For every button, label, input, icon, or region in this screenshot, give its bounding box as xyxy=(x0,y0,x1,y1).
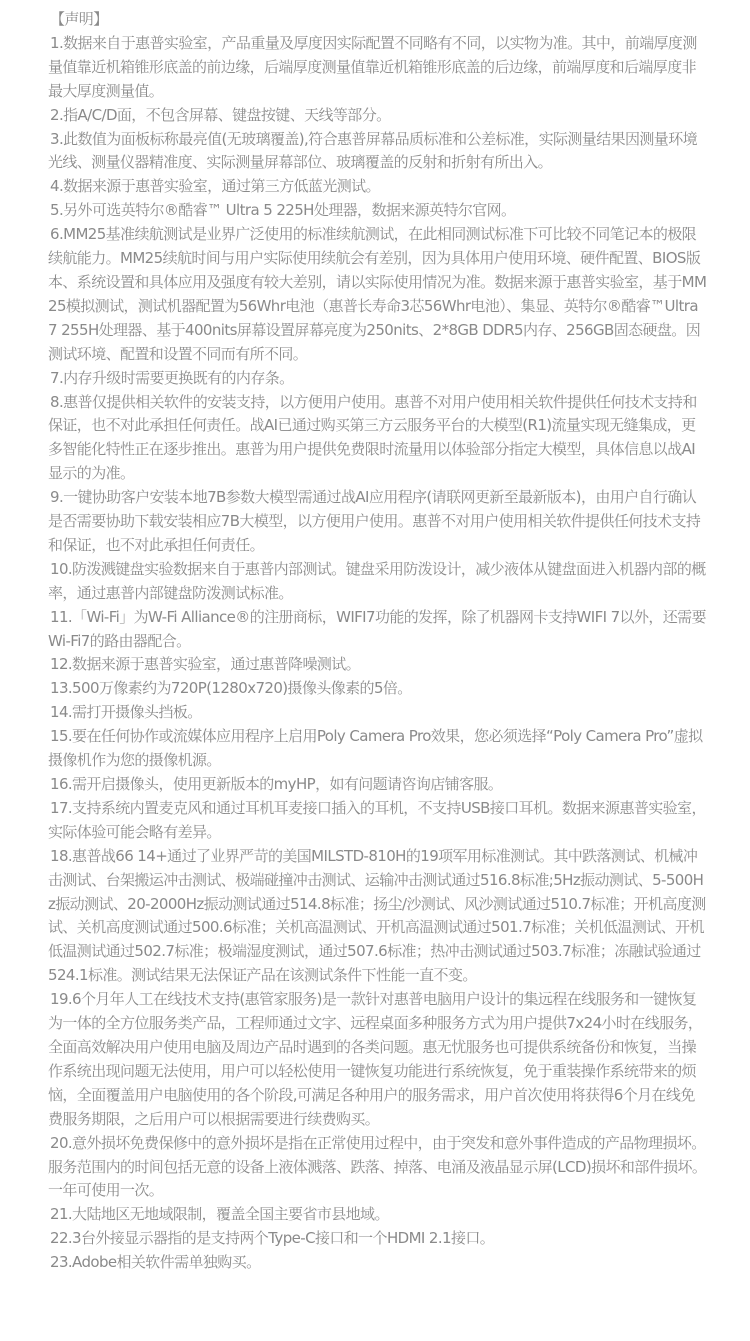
disclaimer-item-22: 22.3台外接显示器指的是支持两个Type-C接口和一个HDMI 2.1接口。 xyxy=(48,1227,708,1251)
disclaimer-heading: 【声明】 xyxy=(48,8,708,32)
disclaimer-item-15: 15.要在任何协作或流媒体应用程序上启用Poly Camera Pro效果，您必… xyxy=(48,725,708,773)
disclaimer-item-18: 18.惠普战66 14+通过了业界严苛的美国MILSTD-810H的19项军用标… xyxy=(48,845,708,988)
disclaimer-item-7: 7.内存升级时需要更换既有的内存条。 xyxy=(48,367,708,391)
disclaimer-item-1: 1.数据来自于惠普实验室，产品重量及厚度因实际配置不同略有不同，以实物为准。其中… xyxy=(48,32,708,104)
disclaimer-item-16: 16.需开启摄像头，使用更新版本的myHP，如有问题请咨询店铺客服。 xyxy=(48,773,708,797)
disclaimer-item-12: 12.数据来源于惠普实验室，通过惠普降噪测试。 xyxy=(48,653,708,677)
disclaimer-item-14: 14.需打开摄像头挡板。 xyxy=(48,701,708,725)
disclaimer-item-10: 10.防泼溅键盘实验数据来自于惠普内部测试。键盘采用防泼设计，减少液体从键盘面进… xyxy=(48,558,708,606)
disclaimer-item-21: 21.大陆地区无地域限制，覆盖全国主要省市县地域。 xyxy=(48,1203,708,1227)
disclaimer-item-2: 2.指A/C/D面，不包含屏幕、键盘按键、天线等部分。 xyxy=(48,104,708,128)
disclaimer-item-17: 17.支持系统内置麦克风和通过耳机耳麦接口插入的耳机，不支持USB接口耳机。数据… xyxy=(48,797,708,845)
disclaimer-item-8: 8.惠普仅提供相关软件的安装支持，以方便用户使用。惠普不对用户使用相关软件提供任… xyxy=(48,391,708,487)
disclaimer-item-3: 3.此数值为面板标称最亮值(无玻璃覆盖),符合惠普屏幕品质标准和公差标准，实际测… xyxy=(48,128,708,176)
disclaimer-item-5: 5.另外可选英特尔®酷睿™ Ultra 5 225H处理器，数据来源英特尔官网。 xyxy=(48,199,708,223)
disclaimer-item-4: 4.数据来源于惠普实验室，通过第三方低蓝光测试。 xyxy=(48,175,708,199)
disclaimer-item-20: 20.意外损坏免费保修中的意外损坏是指在正常使用过程中，由于突发和意外事件造成的… xyxy=(48,1132,708,1204)
disclaimer-item-19: 19.6个月年人工在线技术支持(惠管家服务)是一款针对惠普电脑用户设计的集远程在… xyxy=(48,988,708,1131)
disclaimer-item-9: 9.一键协助客户安装本地7B参数大模型需通过战AI应用程序(请联网更新至最新版本… xyxy=(48,486,708,558)
disclaimer-item-23: 23.Adobe相关软件需单独购买。 xyxy=(48,1251,708,1275)
disclaimer-item-6: 6.MM25基准续航测试是业界广泛使用的标准续航测试，在此相同测试标准下可比较不… xyxy=(48,223,708,366)
disclaimer-item-13: 13.500万像素约为720P(1280x720)摄像头像素的5倍。 xyxy=(48,677,708,701)
disclaimer-section: 【声明】 1.数据来自于惠普实验室，产品重量及厚度因实际配置不同略有不同，以实物… xyxy=(48,8,708,1275)
disclaimer-item-11: 11.「Wi-Fi」为W-Fi Alliance®的注册商标，WIFI7功能的发… xyxy=(48,606,708,654)
